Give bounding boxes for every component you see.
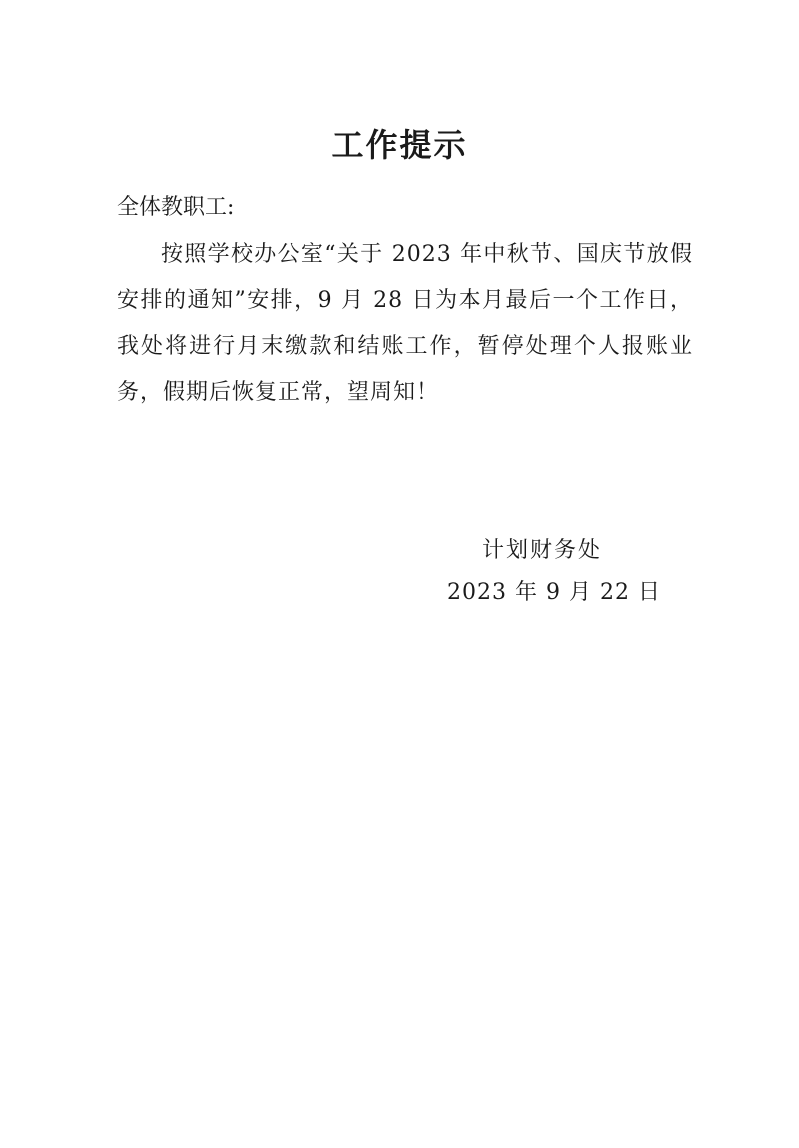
signature-date: 2023 年 9 月 22 日	[447, 575, 661, 606]
body-paragraph: 按照学校办公室“关于 2023 年中秋节、国庆节放假安排的通知”安排，9 月 2…	[117, 232, 693, 416]
document-title: 工作提示	[0, 120, 799, 166]
signature-department: 计划财务处	[482, 533, 602, 564]
salutation: 全体教职工:	[117, 190, 234, 221]
